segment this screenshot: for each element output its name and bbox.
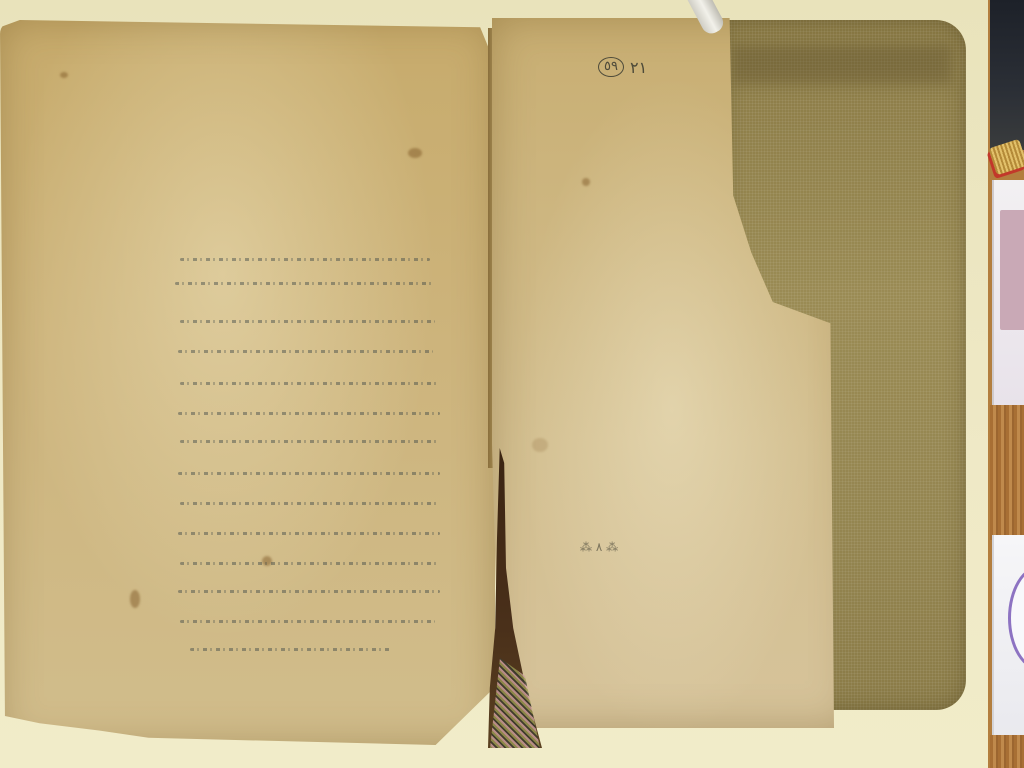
folio-circled: ٥٩: [598, 57, 624, 77]
folio-number: ٥٩ ٢١: [598, 52, 688, 82]
text-line: [180, 258, 430, 261]
dark-object: [990, 0, 1024, 150]
manuscript: [0, 18, 968, 748]
disc-icon: [1008, 565, 1024, 671]
stain: [130, 590, 140, 608]
text-line: [178, 590, 440, 593]
case-label: [1000, 210, 1024, 330]
left-page: [0, 20, 495, 745]
text-line: [178, 412, 440, 415]
stain: [60, 72, 68, 78]
desk-wood-bottom: [990, 735, 1024, 768]
desk-wood: [990, 405, 1024, 540]
text-line: [180, 382, 440, 385]
text-line: [175, 282, 435, 285]
marginal-notes: ⁂ ٨ ⁂: [580, 540, 730, 610]
photo-scene: ٥٩ ٢١ ⁂ ٨ ⁂: [0, 0, 1024, 768]
disc-case-top: [992, 180, 1024, 410]
text-line: [180, 562, 440, 565]
folio-side: ٢١: [630, 58, 647, 77]
text-line: [178, 350, 433, 353]
text-line: [180, 320, 435, 323]
stain: [408, 148, 422, 158]
text-line: [190, 648, 390, 651]
text-line: [180, 620, 435, 623]
text-line: [178, 532, 440, 535]
text-line: [180, 440, 440, 443]
disc-case-bottom: [992, 535, 1024, 740]
text-line: [180, 502, 440, 505]
stain: [532, 438, 548, 452]
cloth-stain: [732, 44, 952, 84]
stain: [582, 178, 590, 186]
text-line: [178, 472, 440, 475]
